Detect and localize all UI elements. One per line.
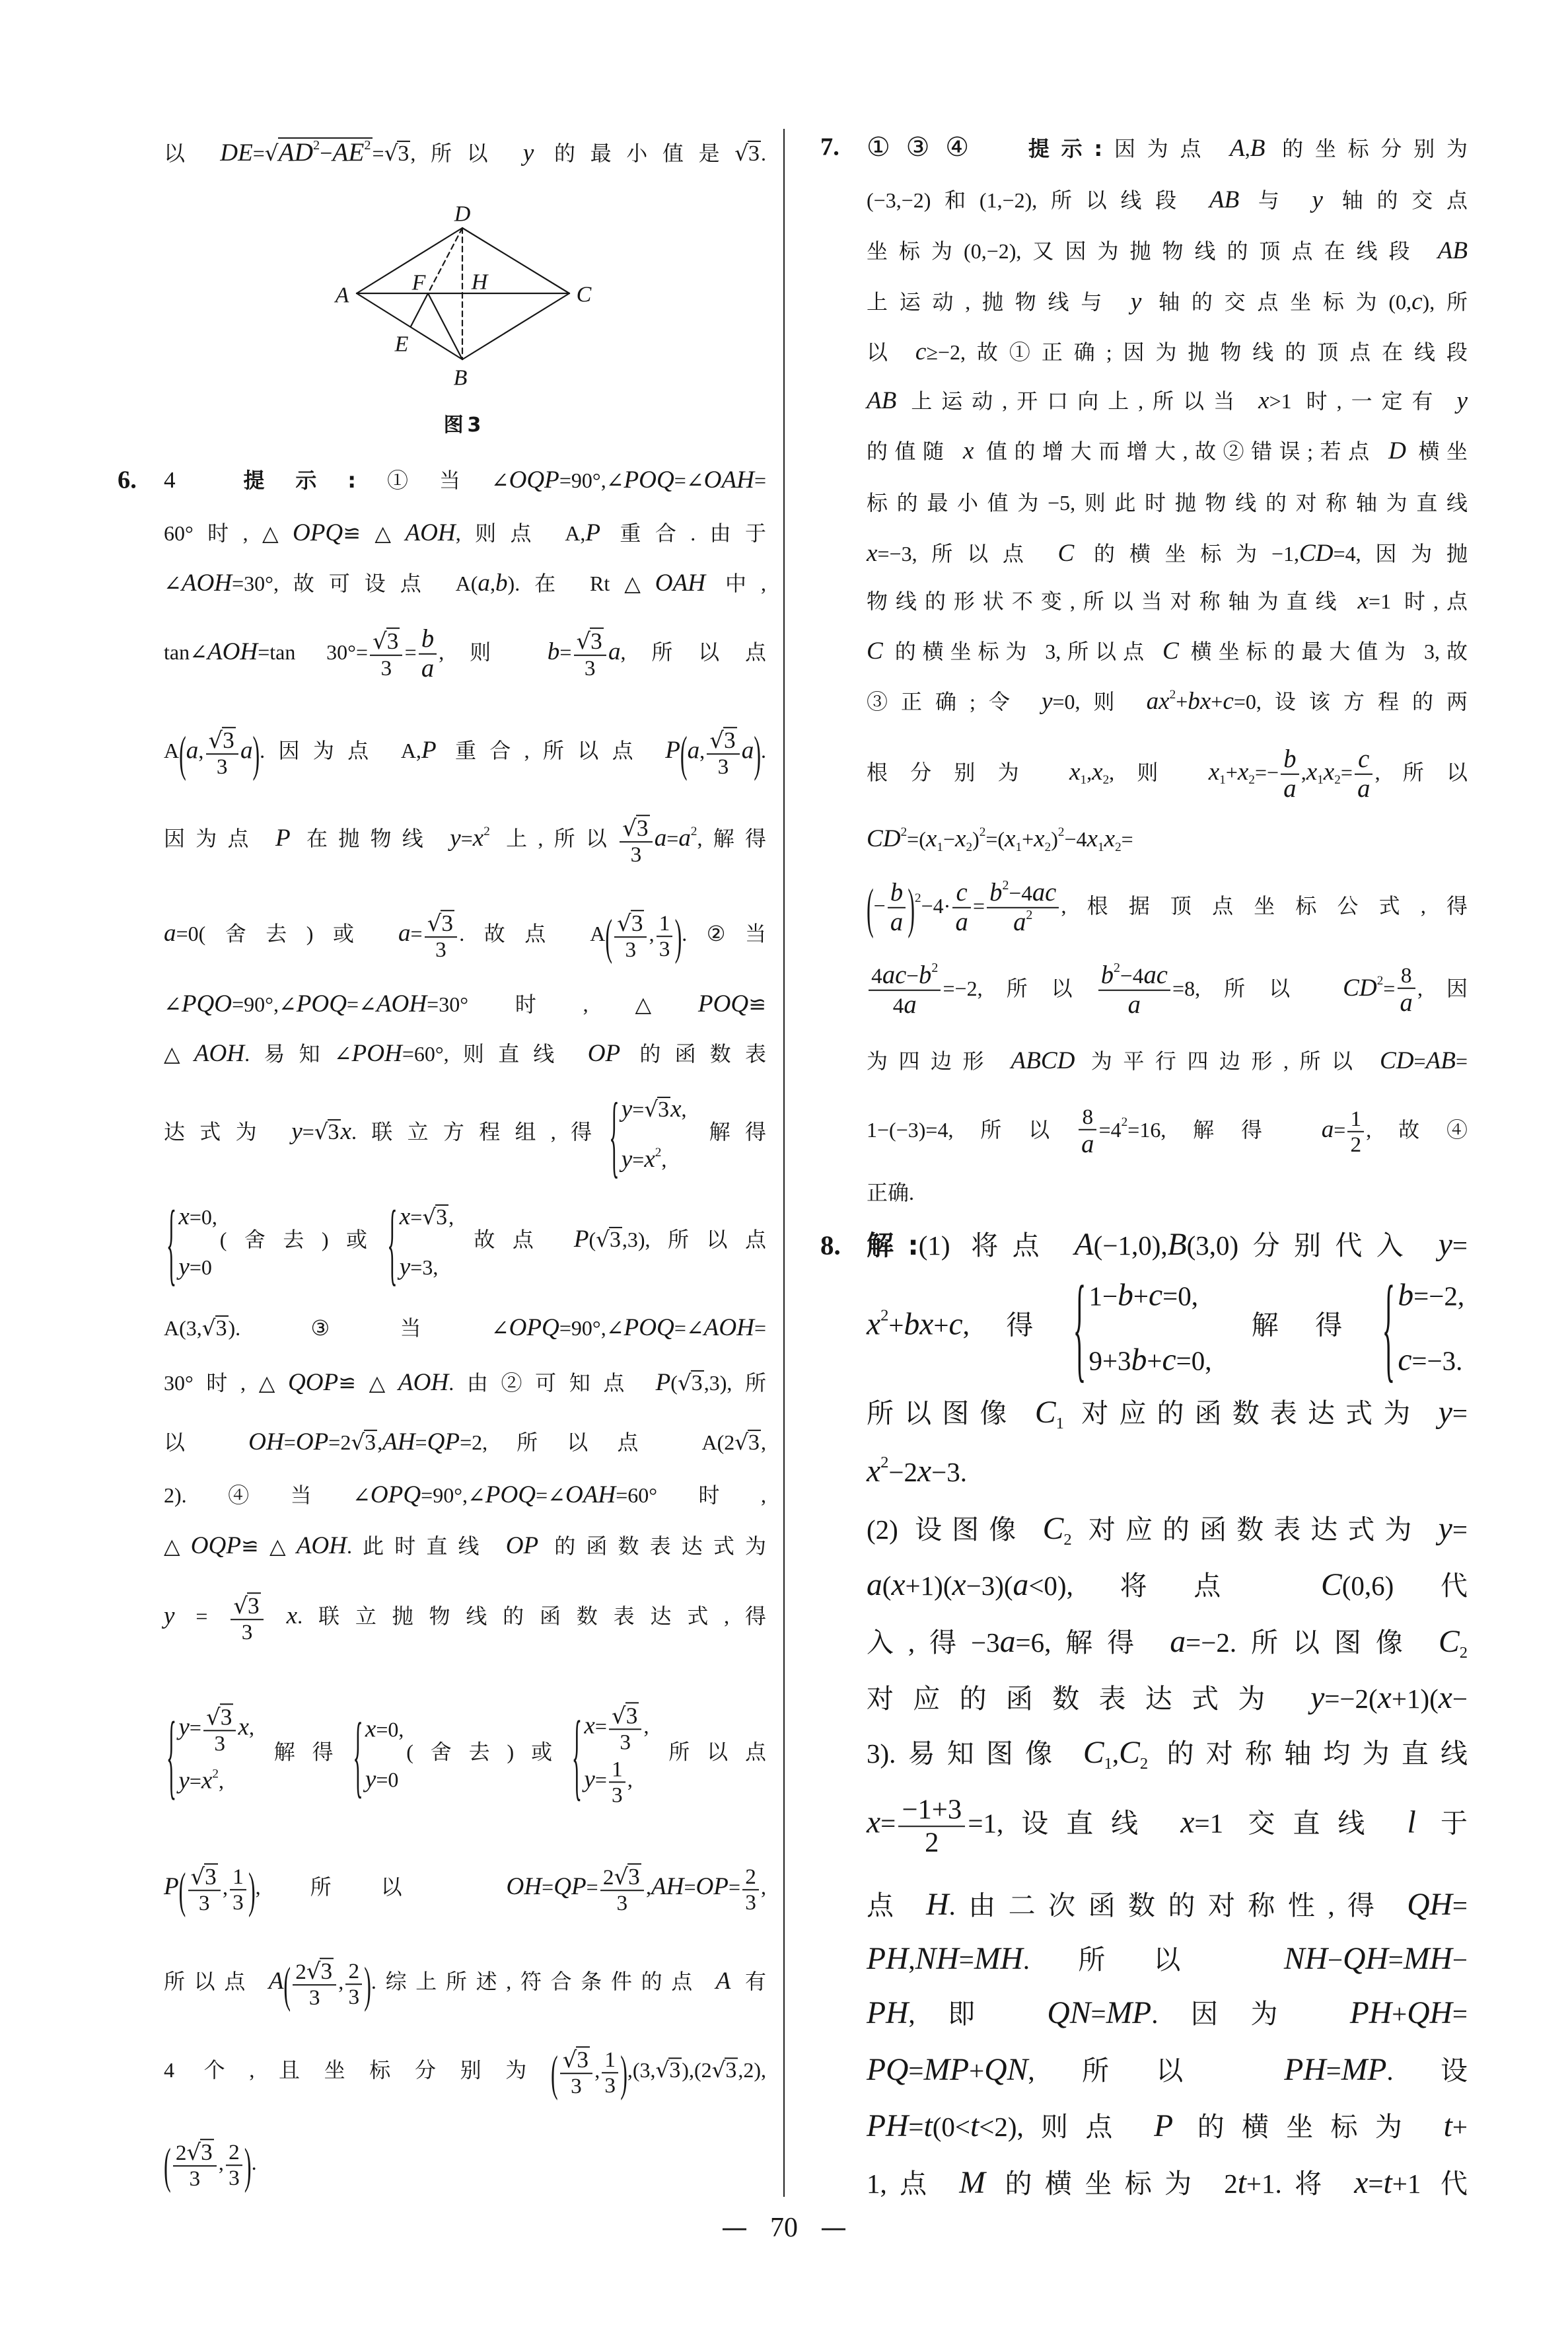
solution-line: PQ=MP+QN,所以 PH=MP.设 <box>867 2050 1468 2091</box>
math-variable: c <box>1358 745 1369 773</box>
math-variable: y <box>450 825 460 852</box>
text-run: 3 <box>590 628 602 654</box>
text-run: + <box>1133 1281 1149 1311</box>
math-variable: OQP <box>191 1532 241 1559</box>
math-variable: y <box>1457 387 1468 414</box>
math-variable: QOP <box>288 1369 338 1396</box>
square-root: √3 <box>678 1369 704 1397</box>
text-run: = <box>666 827 678 850</box>
math-variable: y <box>1042 688 1052 715</box>
line-content: 4ac−b24a=−2,所以b2−4aca=8,所以 CD2=8a,因 <box>867 976 1468 1000</box>
math-variable: y <box>1439 1228 1452 1262</box>
text-run: = <box>542 1875 553 1899</box>
equation-row: y=0 <box>365 1754 399 1804</box>
text-run: =− <box>1255 760 1279 784</box>
text-run: 3).易知图像 <box>867 1738 1083 1769</box>
text-run: 重合,所以点 <box>437 739 666 762</box>
line-content: ①当∠OQP=90°,∠POQ=∠OAH= <box>356 468 766 492</box>
text-run: (舍去)或 <box>220 1228 385 1251</box>
math-variable: x <box>867 540 877 567</box>
text-run: =−2, <box>1413 1281 1464 1311</box>
text-run: 2 <box>925 1827 939 1858</box>
superscript: 2 <box>980 825 986 839</box>
text-run: = <box>1456 1049 1468 1073</box>
subscript: 1 <box>1081 773 1087 787</box>
solution-line: {x=0,y=0(舍去)或{x=√3,y=3,故点 P(√3,3),所以点 <box>164 1192 766 1292</box>
vertex-label-b: B <box>454 366 468 390</box>
line-content: 1,点 M 的横坐标为 2t+1.将 x=t+1 代 <box>867 2168 1468 2199</box>
text-run: 1 <box>604 2048 616 2072</box>
math-variable: B <box>1250 135 1265 162</box>
math-variable: a <box>678 825 691 852</box>
left-parenthesis: ( <box>551 2048 558 2098</box>
square-root: √AD2−AE2 <box>265 137 373 168</box>
math-variable: ac <box>1032 879 1056 906</box>
text-run: 2 <box>1350 1132 1361 1157</box>
radicand: 3 <box>725 2057 738 2083</box>
fraction-numerator: √3 <box>614 910 647 936</box>
subscript: 2 <box>1334 773 1341 787</box>
question-number: 6. <box>118 468 137 493</box>
subscript: 2 <box>1460 1644 1468 1662</box>
vertex-label-a: A <box>334 283 349 308</box>
math-variable: y <box>291 1118 302 1145</box>
math-variable: x <box>644 1146 655 1173</box>
math-variable: P <box>1154 2109 1173 2143</box>
solution-line: △OQP≌△AOH.此时直线 OP 的函数表达式为 <box>164 1530 766 1562</box>
answer-value: ①③④ <box>867 132 985 162</box>
math-variable: C <box>1035 1395 1056 1430</box>
math-variable: a <box>1170 1625 1186 1659</box>
math-variable: AOH <box>297 1532 347 1559</box>
line-content: (2) 设图像 C2 对应的函数表达式为 y= <box>867 1514 1468 1545</box>
radicand: 3 <box>627 1863 641 1889</box>
math-variable: x <box>584 1712 594 1739</box>
math-variable: A <box>1075 1228 1094 1262</box>
text-run: (1) 将点 <box>919 1230 1075 1261</box>
equation-rows: y=√33x,y=x2, <box>178 1702 254 1806</box>
text-run: = <box>1326 2055 1341 2086</box>
math-variable: PH <box>867 2109 908 2143</box>
radicand: 3 <box>441 910 454 936</box>
radicand: 3 <box>435 1204 448 1230</box>
text-run: 的函数表 <box>620 1042 766 1066</box>
solution-line: 对应的函数表达式为 y=−2(x+1)(x− <box>867 1678 1468 1719</box>
equation-rows: x=√3,y=3, <box>400 1192 454 1292</box>
parenthesized-group: (√33,13) <box>179 1863 256 1916</box>
text-run: , <box>644 1714 649 1738</box>
text-run: 的横坐标为 2 <box>985 2168 1238 2199</box>
math-variable: bx <box>1188 688 1211 715</box>
text-run: 3 <box>626 1703 638 1728</box>
math-variable: y <box>622 1146 632 1173</box>
parenthesized-group: (−ba) <box>867 879 915 937</box>
math-variable: MH <box>1404 1942 1452 1976</box>
text-run: , <box>699 739 705 762</box>
geometry-figure: D A C B F H E <box>317 192 608 443</box>
square-root: √3 <box>656 2056 682 2085</box>
text-run <box>266 1604 287 1628</box>
parenthesized-group: (√33,13) <box>551 2046 627 2099</box>
text-run: =30°,故可设点 A( <box>232 572 478 595</box>
group-body: a,√33a <box>688 727 754 780</box>
fraction: ca <box>1355 745 1372 803</box>
math-variable: POH <box>352 1040 402 1067</box>
math-variable: b <box>1131 1343 1147 1377</box>
text-run: 因为点 <box>1102 137 1230 161</box>
text-run: +1)( <box>906 1570 952 1601</box>
text-run: 1 <box>659 911 670 936</box>
parenthesized-group: (a,√33a) <box>680 727 761 780</box>
equation-row: y=√33x, <box>178 1702 254 1755</box>
line-content: x2+bx+c,得{1−b+c=0,9+3b+c=0,解得{b=−2,c=−3. <box>867 1310 1468 1340</box>
math-variable: a <box>1013 908 1026 936</box>
radical-sign-icon: √ <box>678 1370 692 1395</box>
text-run: 在抛物线 <box>291 827 450 850</box>
math-variable: OPQ <box>293 519 343 546</box>
fraction-numerator: 2 <box>345 1959 362 1983</box>
math-variable: QH <box>1407 1888 1452 1922</box>
text-run: 3 <box>637 815 649 841</box>
text-run: =0,则 <box>1052 690 1146 714</box>
text-run: + <box>1226 760 1238 784</box>
line-content: 点 H.由二次函数的对称性,得 QH= <box>867 1890 1468 1921</box>
text-run: + <box>888 1310 904 1340</box>
fraction-denominator: 3 <box>623 938 639 963</box>
solution-line: 3).易知图像 C1,C2 的对称轴均为直线 <box>867 1733 1468 1774</box>
text-run: 对应的函数表达式为 <box>1072 1514 1439 1545</box>
text-run: =1 交直线 <box>1195 1808 1408 1838</box>
math-variable: P <box>275 825 291 852</box>
right-parenthesis: ) <box>364 1959 371 2009</box>
math-variable: AOH <box>207 638 258 665</box>
radical-sign-icon: √ <box>622 815 637 842</box>
solution-line: PH,即 QN=MP.因为 PH+QH= <box>867 1993 1468 2034</box>
text-run: .联立方程组,得 <box>351 1120 606 1144</box>
math-variable: x <box>1354 2166 1368 2200</box>
group-body: √33,13 <box>558 2046 621 2099</box>
text-run: ( <box>882 1570 892 1601</box>
text-run: 2 <box>229 2140 240 2164</box>
page-number-dash-left: — <box>721 2215 748 2241</box>
solution-line: (−ba)2−4·ca=b2−4aca2,根据顶点坐标公式,得 <box>867 879 1468 937</box>
text-run: ).在 Rt△ <box>508 572 655 595</box>
fraction-numerator: 2 <box>742 1864 759 1889</box>
text-run: 3 <box>612 1783 623 1807</box>
text-run: , <box>198 739 203 762</box>
math-variable: OP <box>506 1532 538 1559</box>
fraction: 23 <box>226 2140 242 2191</box>
fraction-numerator: √3 <box>203 1703 236 1730</box>
text-run: 3 <box>435 938 446 963</box>
page-number-value: 70 <box>770 2214 798 2242</box>
left-parenthesis: ( <box>179 728 186 778</box>
text-run: ,2), <box>738 2058 766 2082</box>
text-run: −4 <box>1120 964 1143 988</box>
text-run: ≌△ <box>338 1371 398 1395</box>
fraction-denominator: a2 <box>1011 908 1035 937</box>
text-run: >1 时,一定有 <box>1269 389 1457 413</box>
text-run: 3 <box>571 2075 582 2099</box>
math-variable: OP <box>296 1428 328 1456</box>
subscript: 2 <box>1115 840 1122 854</box>
math-variable: b <box>1101 961 1114 989</box>
text-run: 3 <box>718 755 729 780</box>
line-content: 以 DE=√AD2−AE2=√3,所以 y 的最小值是√3. <box>164 141 766 165</box>
solution-line: 正确. <box>867 1179 1468 1207</box>
group-body: 2√33,23 <box>171 2139 244 2192</box>
square-root: √3 <box>617 910 644 936</box>
text-run: = <box>1341 760 1353 784</box>
fraction-numerator: b2−4ac <box>1098 961 1170 990</box>
math-variable: x <box>473 825 483 852</box>
math-variable: POQ <box>698 990 748 1017</box>
text-run: 3 <box>201 2139 213 2165</box>
text-run: =3, <box>410 1255 438 1279</box>
line-content: 因为点 A,B 的坐标分别为 <box>1102 137 1468 161</box>
text-run: + <box>933 1310 948 1340</box>
equation-row: x=0, <box>178 1192 217 1242</box>
solution-line: 4ac−b24a=−2,所以b2−4aca=8,所以 CD2=8a,因 <box>867 961 1468 1019</box>
solution-line: PH,NH=MH.所以 NH−QH=MH− <box>867 1939 1468 1980</box>
radical-sign-icon: √ <box>712 2057 726 2083</box>
math-variable: b <box>548 638 560 665</box>
superscript: 2 <box>901 825 908 839</box>
math-variable: a <box>1000 1625 1016 1659</box>
square-root: √3 <box>306 1958 334 1984</box>
fraction: 23 <box>742 1864 759 1915</box>
math-variable: y <box>1310 1681 1324 1715</box>
square-root: √3 <box>734 139 761 168</box>
fraction-numerator: √3 <box>620 815 652 841</box>
text-run: 横坐 <box>1406 439 1468 463</box>
radicand: 3 <box>200 2139 214 2164</box>
radicand: 3 <box>247 1592 261 1618</box>
text-run: =30°时,△ <box>427 992 698 1016</box>
text-run: , <box>223 1875 228 1899</box>
fraction-denominator: a <box>952 908 970 937</box>
solution-line: 的值随 x 值的增大而增大,故②错误;若点 D 横坐 <box>867 435 1468 467</box>
math-variable: x <box>1087 825 1098 852</box>
fraction: 2√33 <box>600 1863 644 1916</box>
text-run: = <box>754 468 766 492</box>
line-content: 上运动,抛物线与 y 轴的交点坐标为(0,c),所 <box>867 290 1468 314</box>
text-run: ),所 <box>1423 290 1468 314</box>
math-variable: OP <box>588 1040 620 1067</box>
text-run: 3 <box>441 910 453 936</box>
fraction-numerator: b2−4ac <box>987 879 1059 907</box>
math-variable: x <box>1324 758 1334 785</box>
line-content: PH,NH=MH.所以 NH−QH=MH− <box>867 1944 1468 1975</box>
text-run: 轴的交点坐标为(0, <box>1141 290 1411 314</box>
line-content: 对应的函数表达式为 y=−2(x+1)(x− <box>867 1683 1468 1714</box>
math-variable: P <box>421 737 437 764</box>
square-root: √3 <box>191 1863 218 1890</box>
text-run: 解得 <box>257 1740 351 1763</box>
radical-sign-icon: √ <box>191 1864 205 1890</box>
text-run: ,所以 <box>1375 760 1468 784</box>
math-variable: AB <box>1209 186 1239 213</box>
math-variable: P <box>665 737 680 764</box>
math-variable: a <box>608 638 621 665</box>
text-run: , <box>1245 137 1250 161</box>
text-run: = <box>1383 976 1395 1000</box>
text-run: 标的最小值为−5,则此时抛物线的对称轴为直线 <box>867 491 1468 515</box>
subscript: 1 <box>1104 1755 1112 1773</box>
math-variable: y <box>622 1095 632 1123</box>
square-root: √3 <box>622 815 649 841</box>
text-run: (−3,−2)和(1,−2),所以线段 <box>867 188 1209 212</box>
math-variable: t <box>1384 2166 1392 2200</box>
text-run: = <box>632 1148 644 1171</box>
math-variable: x <box>201 1767 212 1794</box>
radical-sign-icon: √ <box>734 1430 748 1455</box>
fraction-numerator: b <box>1281 745 1299 774</box>
fraction-denominator: 3 <box>657 937 673 961</box>
square-root: √3 <box>427 910 454 936</box>
math-variable: CD <box>1380 1047 1414 1074</box>
text-run: = <box>1452 1230 1468 1261</box>
text-run: = <box>1334 1117 1345 1141</box>
text-run: + <box>1452 2112 1468 2142</box>
text-run: +1 代 <box>1392 2168 1468 2199</box>
math-variable: t <box>924 2109 933 2143</box>
solution-line: 标的最小值为−5,则此时抛物线的对称轴为直线 <box>867 490 1468 517</box>
figure-caption: 图3 <box>444 408 485 437</box>
line-content: PQ=MP+QN,所以 PH=MP.设 <box>867 2055 1468 2086</box>
superscript: 2 <box>1377 974 1384 988</box>
solution-line: 达式为 y=√3x.联立方程组,得{y=√3x,y=x2, 解得 <box>164 1084 766 1185</box>
radicand: 3 <box>668 2057 682 2083</box>
text-run: 3 <box>745 1890 756 1915</box>
math-variable: a <box>398 920 411 947</box>
equation-system: {b=−2,c=−3. <box>1382 1264 1465 1393</box>
solution-line: ③正确;令 y=0,则 ax2+bx+c=0,设该方程的两 <box>867 686 1468 718</box>
superscript: 2 <box>880 1307 888 1325</box>
text-run: .所以 <box>1023 1944 1284 1975</box>
line-content: x=−1+32=1,设直线 x=1 交直线 l 于 <box>867 1808 1468 1838</box>
math-variable: a <box>1400 989 1413 1017</box>
equation-rows: b=−2,c=−3. <box>1398 1264 1464 1393</box>
math-variable: c <box>1223 688 1233 715</box>
fraction-denominator: 3 <box>433 938 449 963</box>
superscript: 2 <box>1170 688 1176 702</box>
math-variable: AOH <box>182 570 232 597</box>
fraction-numerator: b <box>888 879 906 907</box>
math-variable: b <box>989 879 1002 906</box>
subscript: 1 <box>937 840 943 854</box>
text-run: =0(舍去)或 <box>176 922 398 945</box>
fraction-denominator: 3 <box>602 2073 618 2098</box>
math-variable: PH <box>1350 1996 1392 2030</box>
math-variable: AOH <box>405 519 455 546</box>
radical-sign-icon: √ <box>614 1864 629 1890</box>
square-root: √3 <box>202 1314 229 1343</box>
radical-sign-icon: √ <box>612 1703 626 1729</box>
radical-sign-icon: √ <box>577 628 591 655</box>
math-variable: y <box>1439 1395 1452 1430</box>
point-label-e: E <box>394 332 409 357</box>
radical-sign-icon: √ <box>265 141 279 166</box>
math-variable: MP <box>1106 1996 1152 2030</box>
radical-sign-icon: √ <box>373 628 387 655</box>
radicand: 3 <box>625 1702 639 1728</box>
math-variable: P <box>656 1369 671 1396</box>
radicand: 3 <box>328 1119 341 1144</box>
solution-line: 物线的形状不变,所以当对称轴为直线 x=1 时,点 <box>867 585 1468 617</box>
text-run: , <box>627 1768 633 1792</box>
math-variable: AOH <box>704 1314 754 1341</box>
fraction: ba <box>1281 745 1299 803</box>
equation-system: {1−b+c=0,9+3b+c=0, <box>1073 1264 1212 1393</box>
solution-line: 6.4提示:①当∠OQP=90°,∠POQ=∠OAH= <box>164 464 766 496</box>
equation-row: 9+3b+c=0, <box>1088 1328 1211 1393</box>
math-variable: POQ <box>297 990 347 1017</box>
left-parenthesis: ( <box>867 880 874 936</box>
fraction-numerator: 1 <box>230 1864 246 1889</box>
solution-line: a(x+1)(x−3)(a<0),将点 C(0,6)代 <box>867 1565 1468 1606</box>
text-run: =−3,所以点 <box>877 542 1057 566</box>
text-run: =−2,所以 <box>943 976 1096 1000</box>
text-run: , <box>661 1148 666 1171</box>
text-run: =90°,∠ <box>421 1483 485 1507</box>
math-variable: x <box>1258 387 1269 414</box>
left-parenthesis: ( <box>179 1864 186 1915</box>
text-run: 3 <box>242 1621 253 1645</box>
text-run: , <box>1087 760 1092 784</box>
text-run: , <box>1301 760 1306 784</box>
radical-sign-icon: √ <box>314 1119 328 1144</box>
text-run: ≥−2,故①正确;因为抛物线的顶点在线段 <box>926 340 1468 364</box>
text-run: = <box>461 827 473 850</box>
solution-line: 因为点 P 在抛物线 y=x2 上,所以√33a=a2,解得 <box>164 815 766 867</box>
radical-sign-icon: √ <box>306 1958 321 1985</box>
math-variable: NH <box>1284 1942 1328 1976</box>
solution-line: y = √33 x.联立抛物线的函数表达式,得 <box>164 1592 766 1645</box>
line-content: 正确. <box>867 1181 914 1204</box>
math-variable: MH <box>974 1942 1023 1976</box>
fraction-denominator: 3 <box>609 1783 625 1807</box>
text-run: 3 <box>205 1864 217 1890</box>
radical-sign-icon: √ <box>202 1315 216 1341</box>
fraction-numerator: √3 <box>609 1702 641 1728</box>
math-variable: QP <box>553 1873 586 1900</box>
radical-sign-icon: √ <box>563 2047 577 2073</box>
text-run: 上运动,抛物线与 <box>867 290 1131 314</box>
text-run: 3 <box>604 2073 616 2098</box>
math-variable: a <box>1081 1130 1094 1158</box>
equation-row: x=√3, <box>400 1192 454 1242</box>
fraction-numerator: 2 <box>226 2140 242 2164</box>
text-run: ),(2 <box>682 2058 711 2082</box>
text-run: =0,设该方程的两 <box>1234 690 1468 714</box>
text-run: 的函数表达式为 <box>538 1534 766 1558</box>
group-body: √33,13 <box>186 1863 248 1916</box>
text-run: 1 <box>1350 1107 1361 1131</box>
solution-line: AB 上运动,开口向上,所以当 x>1 时,一定有 y <box>867 385 1468 417</box>
text-run: −4· <box>921 893 951 917</box>
line-content: 所以图像 C1 对应的函数表达式为 y= <box>867 1398 1468 1428</box>
math-variable: a <box>688 737 700 764</box>
point-label-h: H <box>471 270 489 295</box>
text-run: =( <box>985 827 1005 851</box>
fraction-numerator: 2√3 <box>600 1863 644 1890</box>
subscript: 2 <box>1063 1531 1071 1549</box>
text-run: 横坐标的最大值为 3,故 <box>1179 640 1468 663</box>
line-content: ∠PQO=90°,∠POQ=∠AOH=30°时,△POQ≌ <box>164 992 766 1016</box>
text-run: (0,6)代 <box>1342 1570 1468 1601</box>
text-run: 的横坐标为−1, <box>1074 542 1299 566</box>
